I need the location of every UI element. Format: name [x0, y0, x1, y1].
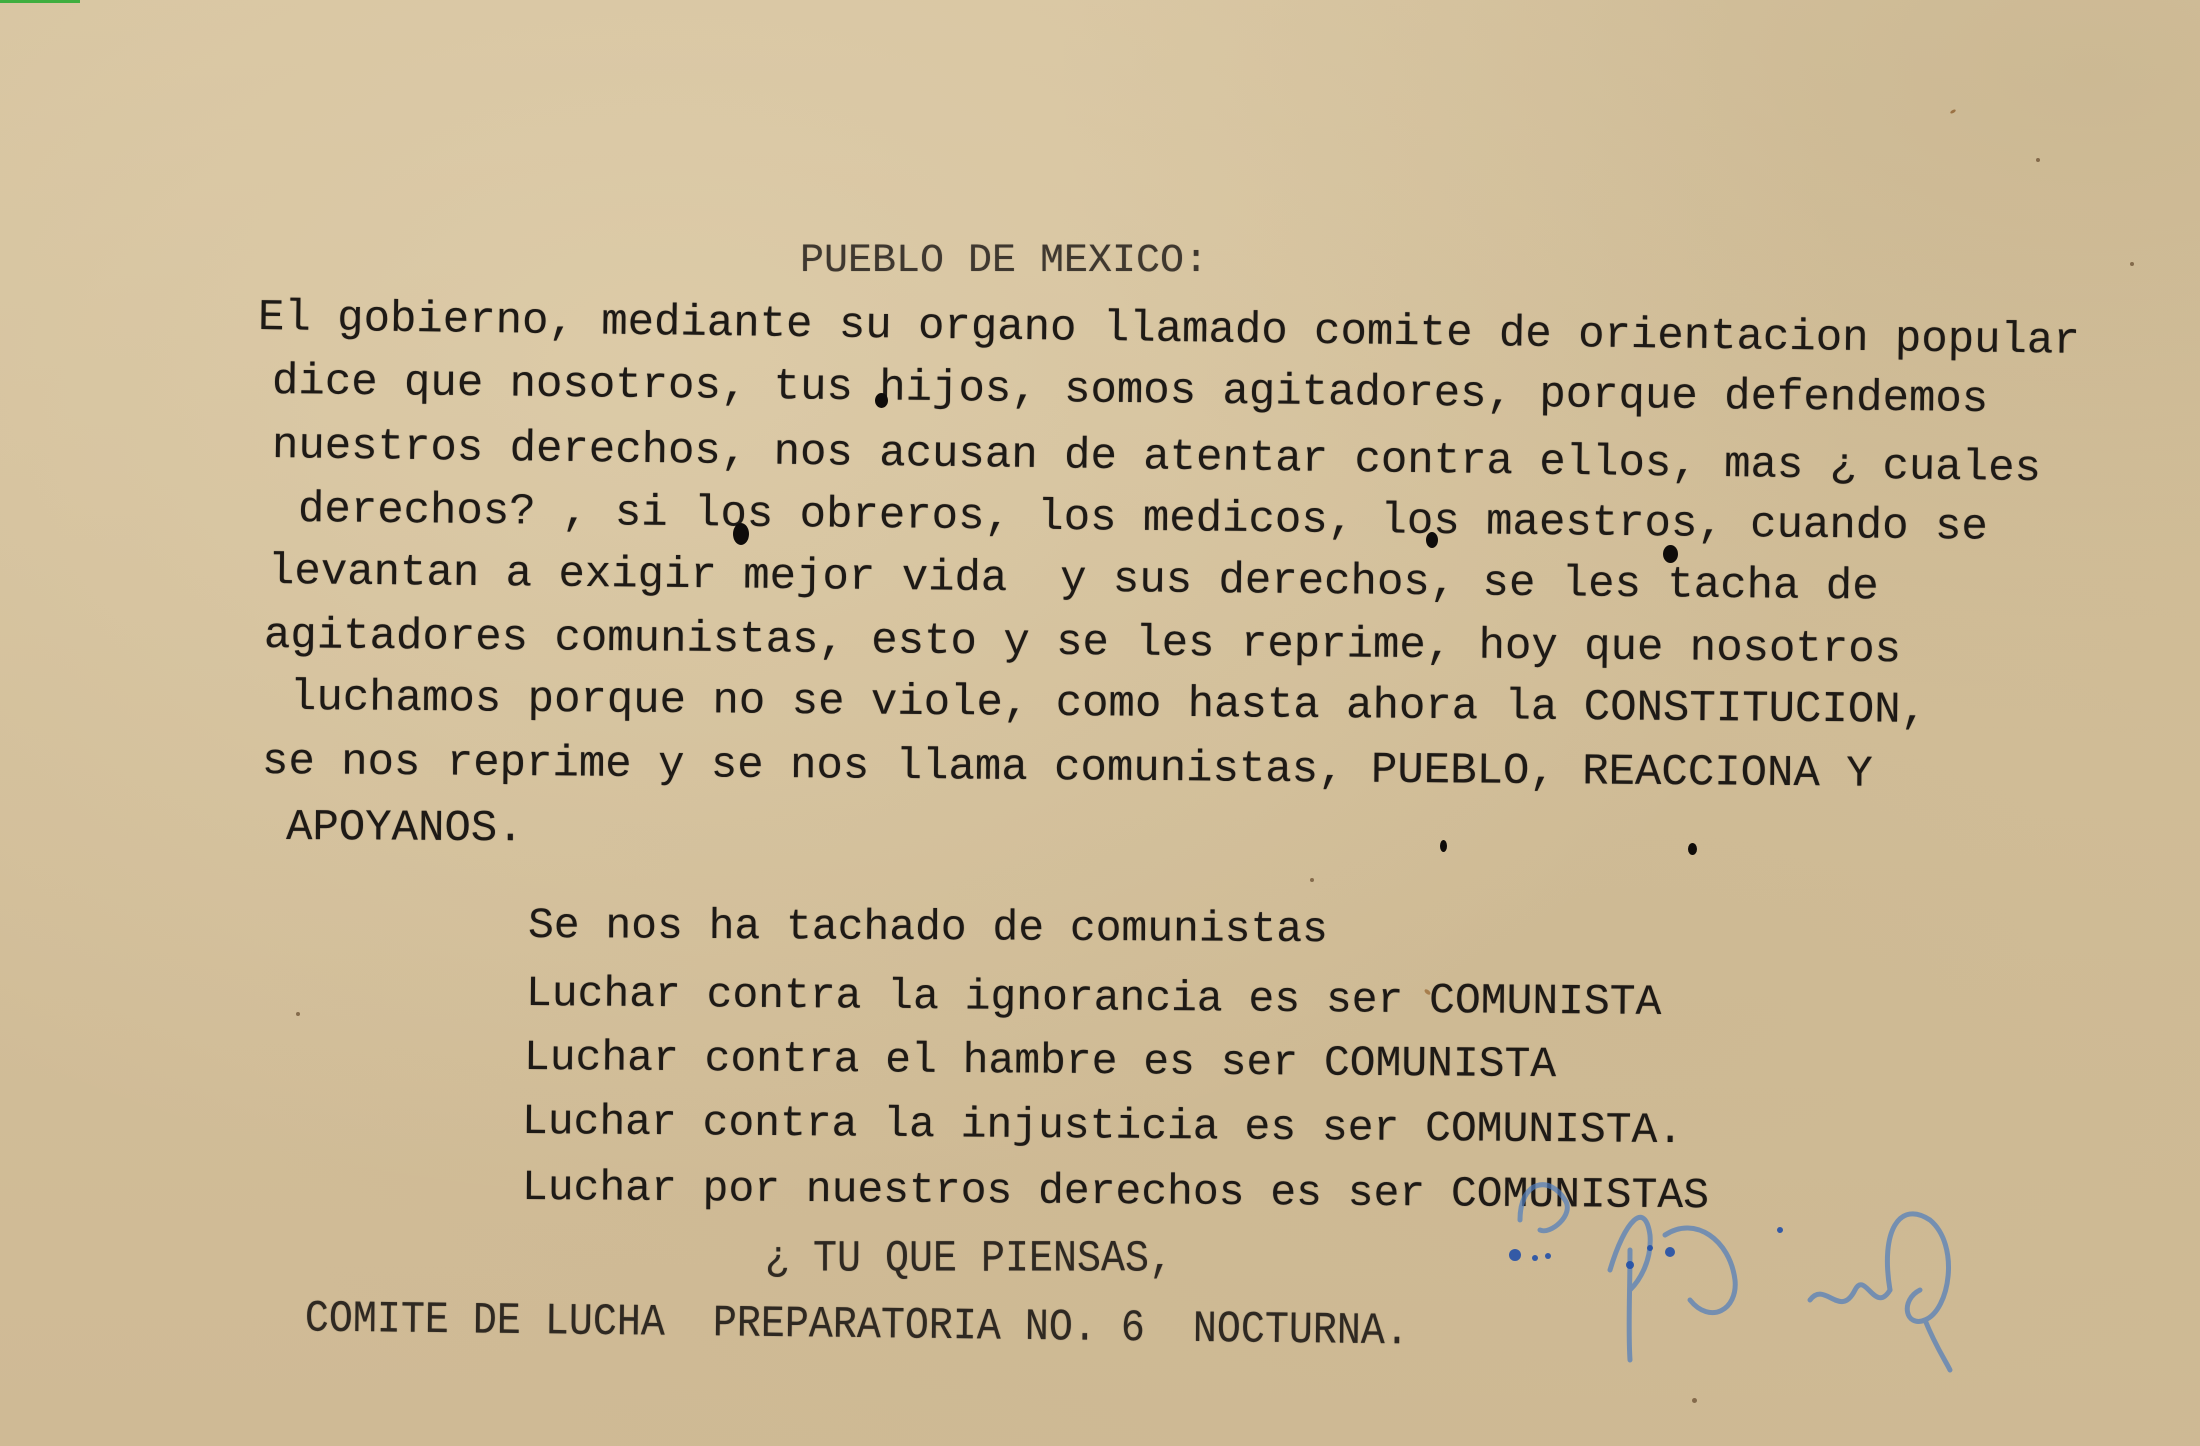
verse-line: Se nos ha tachado de comunistas [528, 904, 1328, 951]
ink-blot [875, 393, 888, 408]
scan-edge-mark [0, 0, 80, 3]
paper-fleck [2036, 158, 2040, 162]
ink-blot [1663, 545, 1678, 563]
handwritten-signature-icon [1480, 1160, 1980, 1380]
paper-fleck [1310, 878, 1314, 882]
ink-blot [733, 523, 749, 545]
ink-blot [1440, 840, 1447, 852]
paragraph-line: luchamos porque no se viole, como hasta … [290, 676, 1927, 733]
paragraph-line: se nos reprime y se nos llama comunistas… [262, 740, 1873, 797]
verse-line: Luchar contra la injusticia es ser COMUN… [522, 1100, 1684, 1152]
paper-fleck [2130, 262, 2134, 266]
paper-fleck [296, 1012, 300, 1016]
closing-question: ¿ TU QUE PIENSAS, [765, 1238, 1173, 1283]
verse-line: Luchar contra la ignorancia es ser COMUN… [526, 972, 1662, 1024]
document-title: PUEBLO DE MEXICO: [800, 242, 1208, 282]
verse-line: Luchar contra el hambre es ser COMUNISTA [524, 1036, 1556, 1086]
paper-fleck [1692, 1398, 1697, 1403]
paragraph-line: APOYANOS. [286, 806, 524, 851]
ink-blot [1688, 843, 1697, 855]
ink-blot [1426, 532, 1438, 548]
